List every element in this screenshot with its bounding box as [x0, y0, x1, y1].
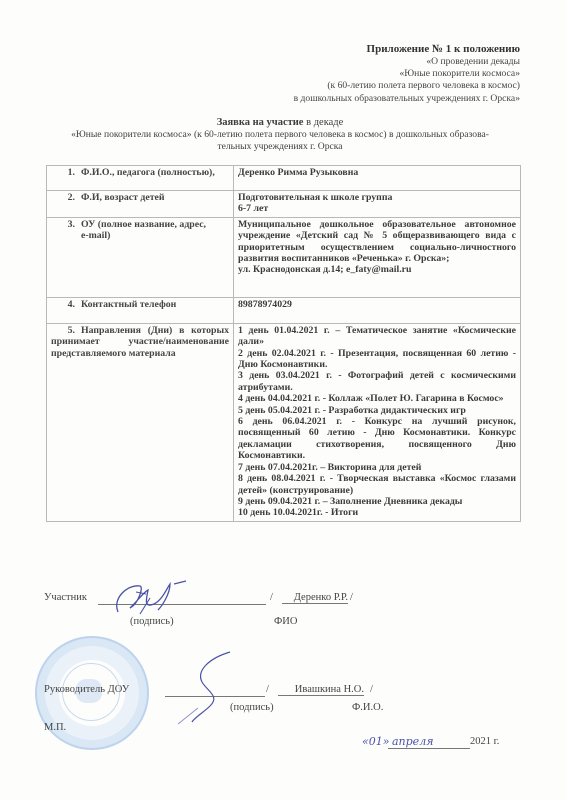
appendix-line: в дошкольных образовательных учреждениях…	[294, 93, 520, 105]
row-number: 1.	[57, 167, 75, 178]
document-heading: Заявка на участие в декаде «Юные покорит…	[40, 116, 520, 152]
row-label: 1.Ф.И.О., педагога (полностью),	[47, 166, 234, 191]
day-entry: 6 день 06.04.2021 г. - Конкурс на лучший…	[238, 416, 516, 462]
document-subtitle-line1: «Юные покорители космоса» (к 60-летию по…	[40, 129, 520, 141]
row-value: 89878974029	[234, 297, 521, 323]
table-row: 4.Контактный телефон 89878974029	[47, 297, 521, 323]
separator-slash: /	[370, 684, 373, 695]
head-signature-icon	[170, 648, 250, 728]
participant-name: Деренко Р.Р.	[282, 592, 348, 604]
row-label: 4.Контактный телефон	[47, 297, 234, 323]
participant-signature-caption: (подпись)	[130, 616, 174, 627]
appendix-line: «Юные покорители космоса»	[294, 68, 520, 80]
row-label: 3.ОУ (полное название, адрес,e-mail)	[47, 217, 234, 297]
row-value: 1 день 01.04.2021 г. – Тематическое заня…	[234, 323, 521, 521]
day-entry: 5 день 05.04.2021 г. - Разработка дидакт…	[238, 405, 516, 416]
head-label: Руководитель ДОУ	[44, 684, 129, 695]
day-entry: 3 день 03.04.2021 г. - Фотографий детей …	[238, 370, 516, 393]
title-rest: в декаде	[303, 117, 343, 128]
participant-signature-icon	[110, 578, 190, 620]
row-label-text: Направления (Дни) в которых принимает уч…	[51, 325, 229, 359]
date-day: «01»	[362, 735, 389, 748]
head-signature-caption: (подпись)	[230, 702, 274, 713]
row-number: 5.	[57, 325, 75, 336]
table-row: 1.Ф.И.О., педагога (полностью), Деренко …	[47, 166, 521, 191]
day-entry: 9 день 09.04.2021 г. – Заполнение Дневни…	[238, 496, 516, 507]
row-label: 2.Ф.И, возраст детей	[47, 191, 234, 218]
contact-phone: 89878974029	[238, 299, 516, 310]
row-value: Деренко Римма Рузыковна	[234, 166, 521, 191]
document-title: Заявка на участие в декаде	[40, 116, 520, 129]
children-age: 6-7 лет	[238, 203, 516, 214]
row-label-text: Ф.И, возраст детей	[81, 192, 165, 203]
day-entry: 7 день 07.04.2021г. – Викторина для дете…	[238, 462, 516, 473]
row-value: Подготовительная к школе группа 6-7 лет	[234, 191, 521, 218]
institution-name: Муниципальное дошкольное образовательное…	[238, 219, 516, 265]
table-row: 5.Направления (Дни) в которых принимает …	[47, 323, 521, 521]
separator-slash: /	[266, 684, 269, 695]
row-number: 4.	[57, 299, 75, 310]
seal-label: М.П.	[44, 722, 66, 733]
table-row: 3.ОУ (полное название, адрес,e-mail) Мун…	[47, 217, 521, 297]
institution-address: ул. Краснодонская д.14; e_faty@mail.ru	[238, 264, 516, 275]
document-subtitle-line2: тельных учреждениях г. Орска	[40, 141, 520, 153]
day-entry: 8 день 08.04.2021 г. - Творческая выстав…	[238, 473, 516, 496]
participant-label: Участник	[44, 592, 87, 603]
application-form-table: 1.Ф.И.О., педагога (полностью), Деренко …	[46, 165, 521, 522]
row-value: Муниципальное дошкольное образовательное…	[234, 217, 521, 297]
appendix-line: «О проведении декады	[294, 56, 520, 68]
date-month: апреля	[388, 735, 470, 749]
appendix-title: Приложение № 1 к положению	[294, 42, 520, 56]
row-number: 3.	[57, 219, 75, 230]
teacher-name: Деренко Римма Рузыковна	[238, 167, 516, 178]
table-row: 2.Ф.И, возраст детей Подготовительная к …	[47, 191, 521, 218]
row-number: 2.	[57, 192, 75, 203]
group-name: Подготовительная к школе группа	[238, 192, 516, 203]
head-name-caption: Ф.И.О.	[352, 702, 383, 713]
row-label-text: Контактный телефон	[81, 299, 176, 310]
title-bold: Заявка на участие	[217, 117, 304, 128]
row-label: 5.Направления (Дни) в которых принимает …	[47, 323, 234, 521]
day-entry: 10 день 10.04.2021г. - Итоги	[238, 507, 516, 518]
head-name: Ивашкина Н.О.	[278, 684, 364, 696]
separator-slash: /	[350, 592, 353, 603]
day-entry: 1 день 01.04.2021 г. – Тематическое заня…	[238, 325, 516, 348]
day-entry: 2 день 02.04.2021 г. - Презентация, посв…	[238, 348, 516, 371]
appendix-header: Приложение № 1 к положению «О проведении…	[294, 42, 520, 105]
date-year: 2021 г.	[470, 736, 499, 747]
row-label-extra: e-mail)	[51, 230, 229, 241]
separator-slash: /	[270, 592, 273, 603]
appendix-line: (к 60-летию полета первого человека в ко…	[294, 80, 520, 92]
participant-name-caption: ФИО	[274, 616, 297, 627]
row-label-text: Ф.И.О., педагога (полностью),	[81, 167, 215, 178]
row-label-text: ОУ (полное название, адрес,	[81, 219, 206, 230]
day-entry: 4 день 04.04.2021 г. - Коллаж «Полет Ю. …	[238, 393, 516, 404]
